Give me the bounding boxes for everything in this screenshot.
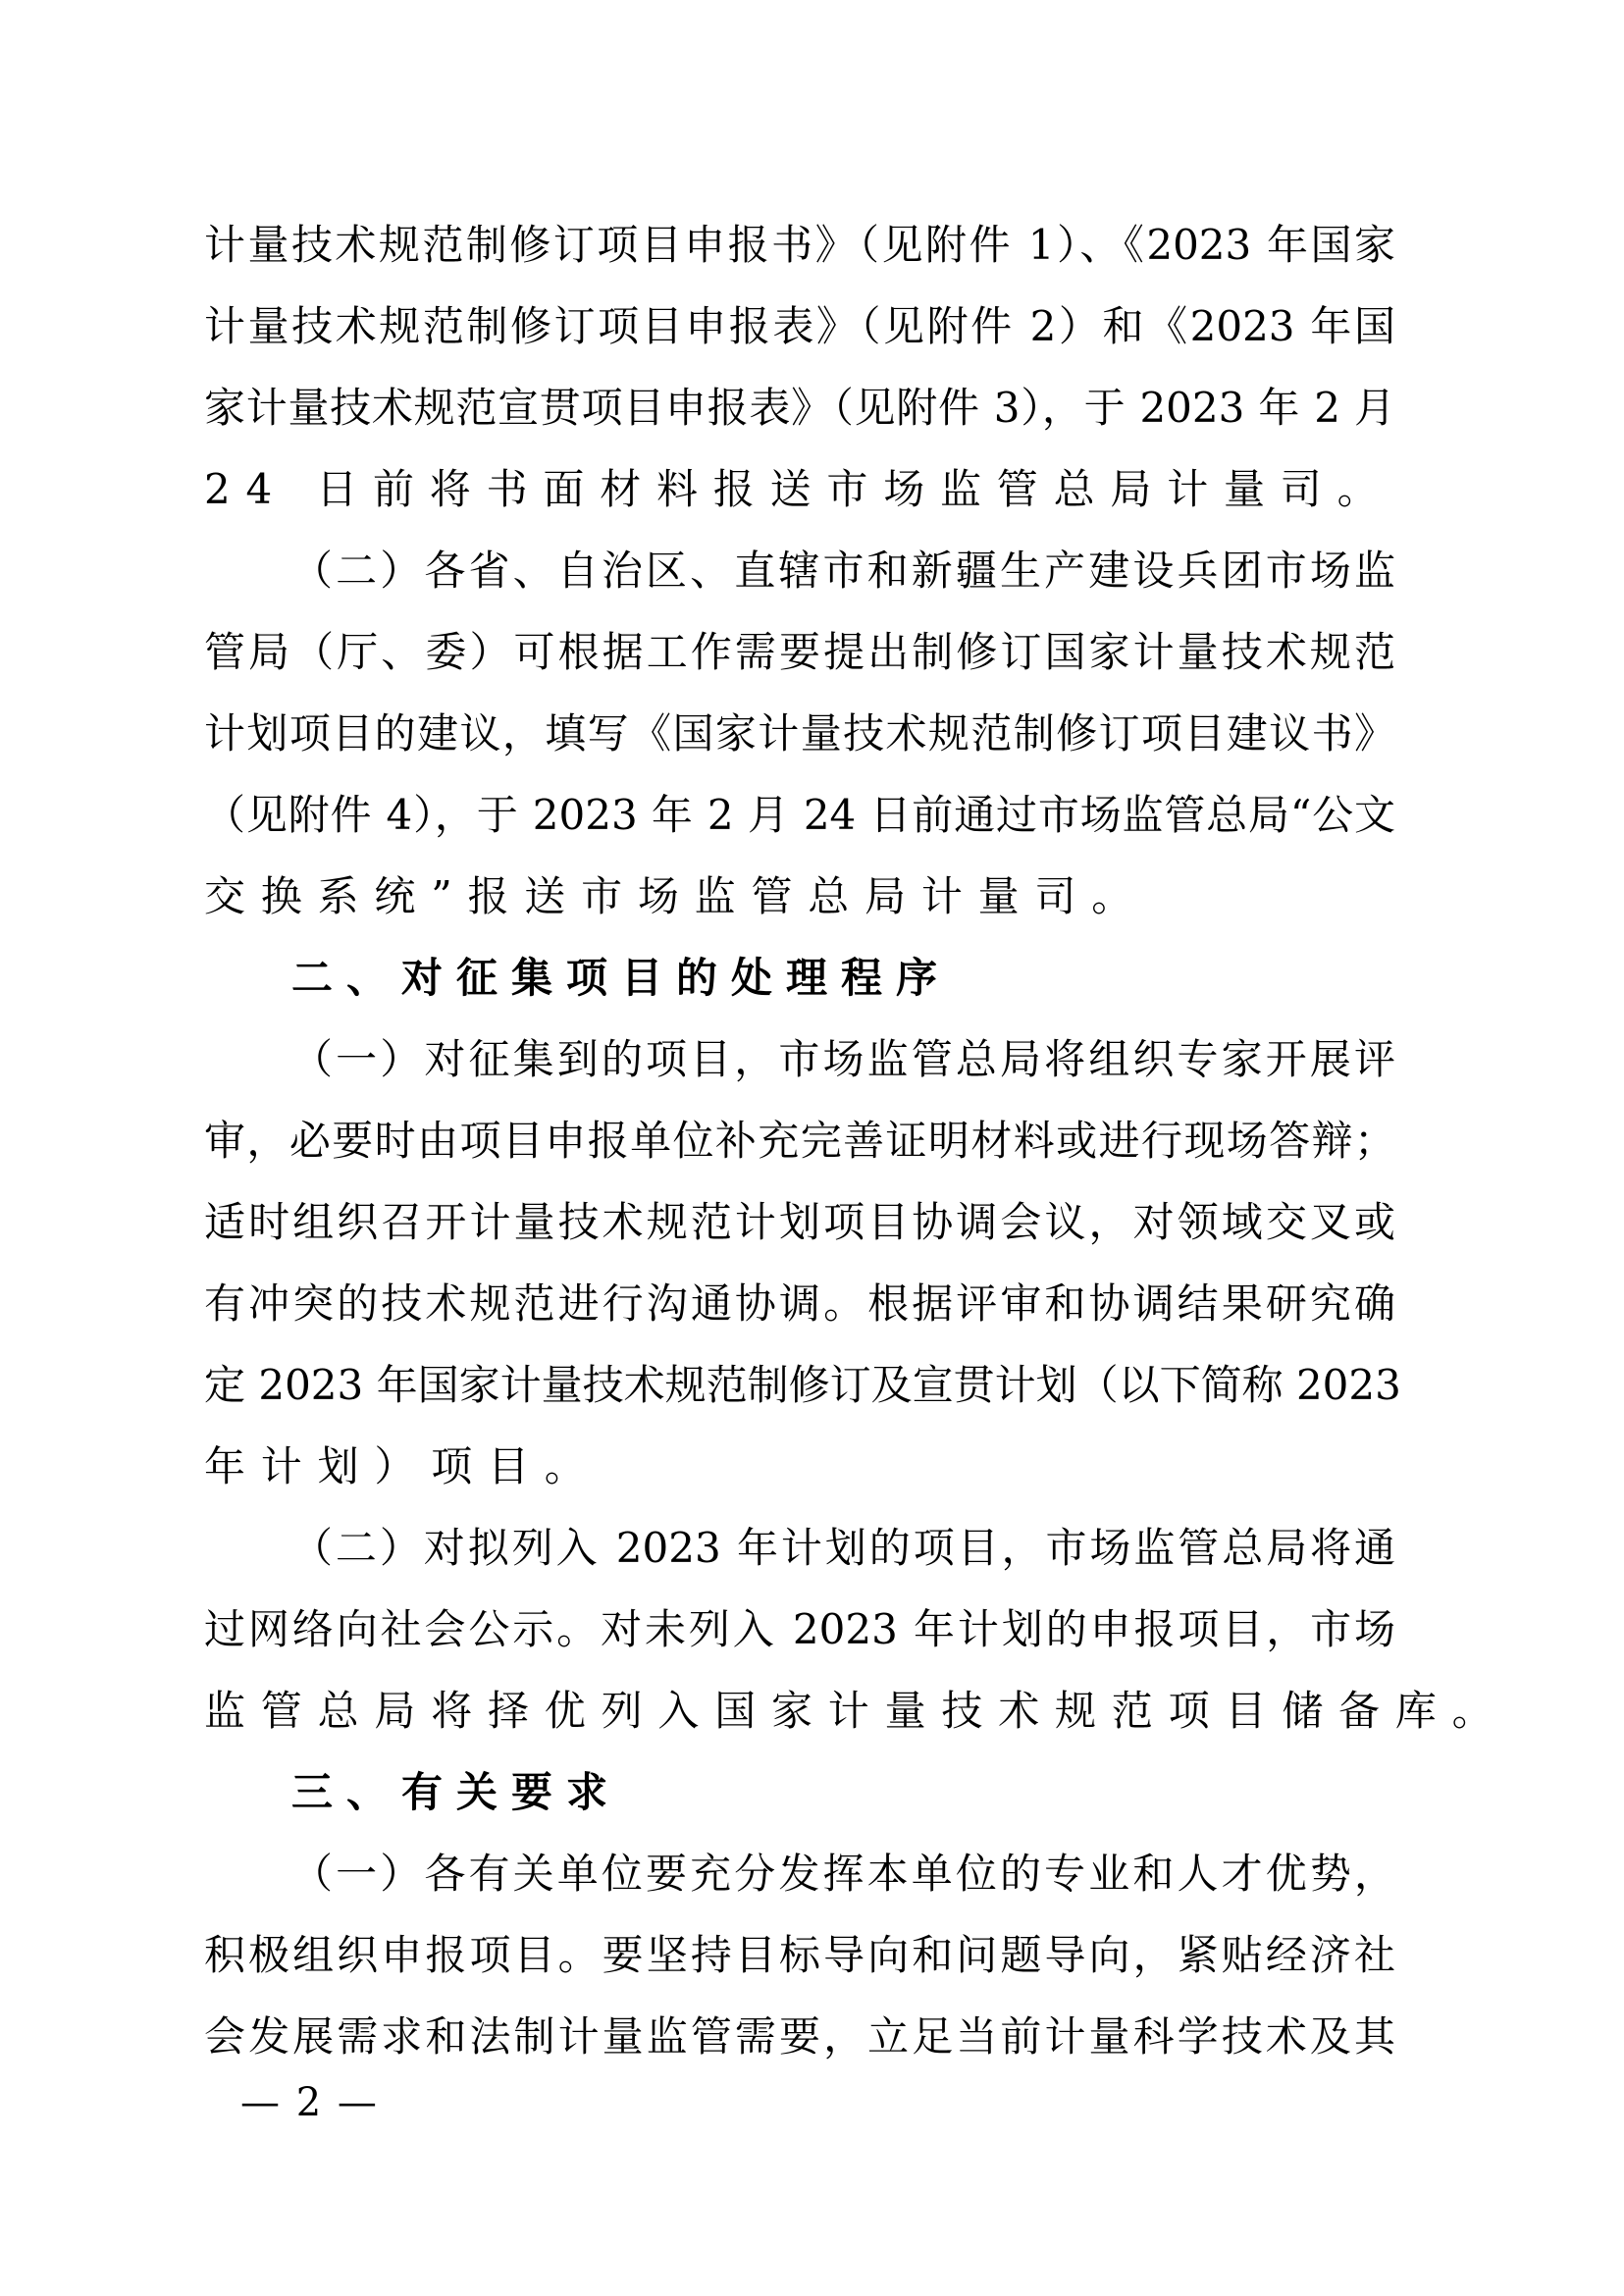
paragraph-line: 监管总局将择优列入国家计量技术规范项目储备库。: [204, 1684, 1395, 1765]
paragraph-line: 审，必要时由项目申报单位补充完善证明材料或进行现场答辩；: [204, 1114, 1395, 1195]
paragraph-line: 管局（厅、委）可根据工作需要提出制修订国家计量技术规范: [204, 625, 1395, 706]
paragraph-line: 计量技术规范制修订项目申报书》（见附件 1）、《2023 年国家: [204, 218, 1395, 299]
paragraph-first-line: （一）对征集到的项目，市场监管总局将组织专家开展评: [204, 1032, 1395, 1114]
paragraph-line: 会发展需求和法制计量监管需要，立足当前计量科学技术及其: [204, 2009, 1395, 2091]
paragraph-line: 积极组织申报项目。要坚持目标导向和问题导向，紧贴经济社: [204, 1928, 1395, 2009]
paragraph-line: 定 2023 年国家计量技术规范制修订及宣贯计划（以下简称 2023: [204, 1358, 1395, 1439]
paragraph-line: （见附件 4），于 2023 年 2 月 24 日前通过市场监管总局“公文: [204, 788, 1395, 869]
paragraph-line: 计量技术规范制修订项目申报表》（见附件 2）和《2023 年国: [204, 299, 1395, 381]
section-heading: 三、有关要求: [204, 1765, 1395, 1847]
paragraph-first-line: （二）对拟列入 2023 年计划的项目，市场监管总局将通: [204, 1521, 1395, 1602]
page-number: — 2 —: [240, 2078, 379, 2127]
paragraph-line: 交换系统”报送市场监管总局计量司。: [204, 869, 1395, 951]
paragraph-line: 过网络向社会公示。对未列入 2023 年计划的申报项目，市场: [204, 1602, 1395, 1684]
paragraph-line: 计划项目的建议，填写《国家计量技术规范制修订项目建议书》: [204, 706, 1395, 788]
paragraph-first-line: （二）各省、自治区、直辖市和新疆生产建设兵团市场监: [204, 544, 1395, 625]
section-heading: 二、对征集项目的处理程序: [204, 951, 1395, 1032]
paragraph-line: 年计划）项目。: [204, 1439, 1395, 1521]
document-page: 计量技术规范制修订项目申报书》（见附件 1）、《2023 年国家 计量技术规范制…: [0, 0, 1624, 2296]
paragraph-line: 家计量技术规范宣贯项目申报表》（见附件 3），于 2023 年 2 月: [204, 381, 1395, 462]
paragraph-first-line: （一）各有关单位要充分发挥本单位的专业和人才优势，: [204, 1847, 1395, 1928]
paragraph-line: 适时组织召开计量技术规范计划项目协调会议，对领域交叉或: [204, 1195, 1395, 1277]
paragraph-line: 24 日前将书面材料报送市场监管总局计量司。: [204, 462, 1395, 544]
body-text: 计量技术规范制修订项目申报书》（见附件 1）、《2023 年国家 计量技术规范制…: [204, 218, 1395, 2091]
paragraph-line: 有冲突的技术规范进行沟通协调。根据评审和协调结果研究确: [204, 1277, 1395, 1358]
